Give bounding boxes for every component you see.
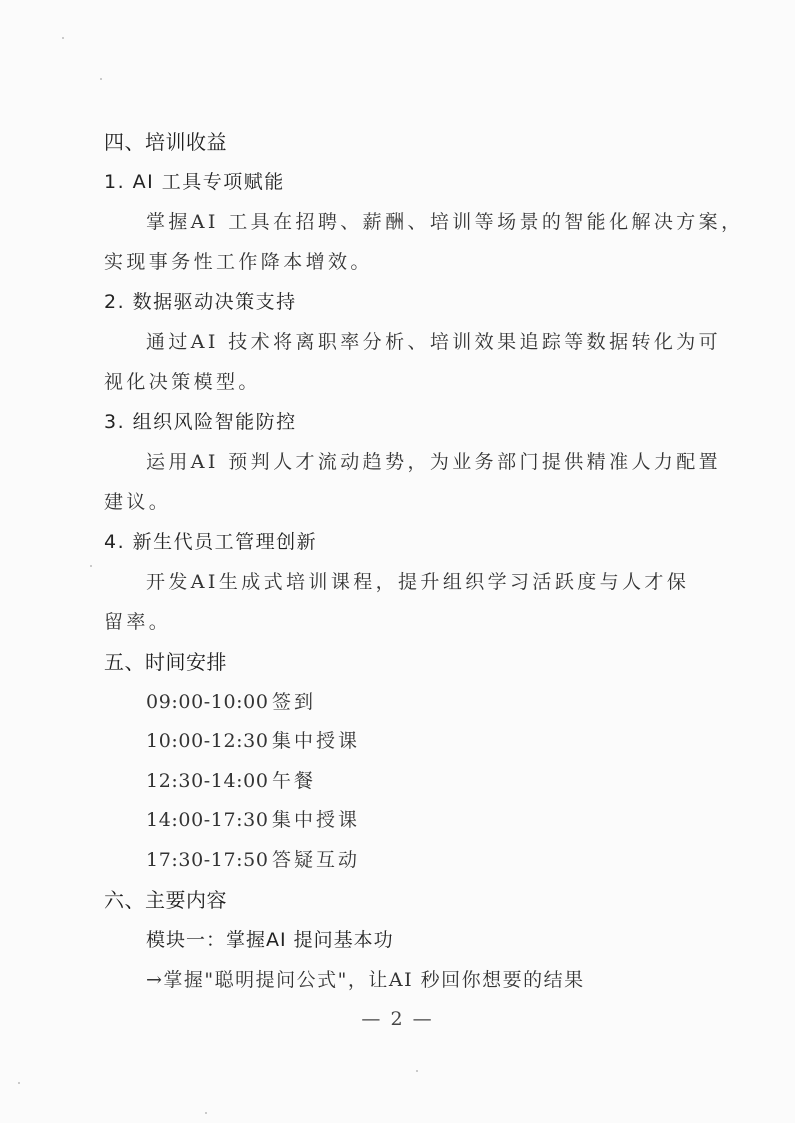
paragraph-line: 建议。 [104,488,171,516]
scan-speck [18,1082,20,1084]
schedule-time: 10:00-12:30 [146,727,272,755]
paragraph-line: 留率。 [104,608,171,636]
schedule-time: 14:00-17:30 [146,806,272,834]
schedule-time: 09:00-10:00 [146,688,272,716]
paragraph-line: 开发AI生成式培训课程，提升组织学习活跃度与人才保 [146,568,689,596]
schedule-activity: 答疑互动 [272,849,360,871]
paragraph-line: 掌握AI 工具在招聘、薪酬、培训等场景的智能化解决方案， [146,208,743,236]
schedule-row: 09:00-10:00签到 [146,688,316,716]
schedule-activity: 集中授课 [272,809,360,831]
schedule-row: 14:00-17:30集中授课 [146,806,360,834]
page-number: — 2 — [0,1008,795,1030]
scan-speck [416,1070,418,1072]
section-heading-main-content: 六、主要内容 [104,886,227,914]
subheading-risk-control: 3. 组织风险智能防控 [104,408,297,436]
schedule-time: 17:30-17:50 [146,846,272,874]
schedule-time: 12:30-14:00 [146,767,272,795]
schedule-activity: 集中授课 [272,730,360,752]
schedule-row: 12:30-14:00午餐 [146,767,316,795]
schedule-activity: 午餐 [272,770,316,792]
schedule-row: 17:30-17:50答疑互动 [146,846,360,874]
subheading-data-driven: 2. 数据驱动决策支持 [104,288,297,316]
module-bullet: →掌握"聪明提问公式"，让AI 秒回你想要的结果 [146,966,585,994]
scan-speck [90,565,92,567]
paragraph-line: 实现事务性工作降本增效。 [104,248,373,276]
paragraph-line: 通过AI 技术将离职率分析、培训效果追踪等数据转化为可 [146,328,721,356]
schedule-activity: 签到 [272,691,316,713]
subheading-new-generation: 4. 新生代员工管理创新 [104,528,317,556]
section-heading-training-benefits: 四、培训收益 [104,128,227,156]
paragraph-line: 运用AI 预判人才流动趋势，为业务部门提供精准人力配置 [146,448,721,476]
document-page: 四、培训收益 1. AI 工具专项赋能 掌握AI 工具在招聘、薪酬、培训等场景的… [0,0,795,1123]
module-title: 模块一：掌握AI 提问基本功 [146,926,394,954]
scan-speck [205,1112,207,1114]
scan-speck [62,37,64,39]
subheading-ai-tools: 1. AI 工具专项赋能 [104,168,285,196]
schedule-row: 10:00-12:30集中授课 [146,727,360,755]
section-heading-schedule: 五、时间安排 [104,648,227,676]
scan-speck [100,78,102,80]
paragraph-line: 视化决策模型。 [104,368,261,396]
